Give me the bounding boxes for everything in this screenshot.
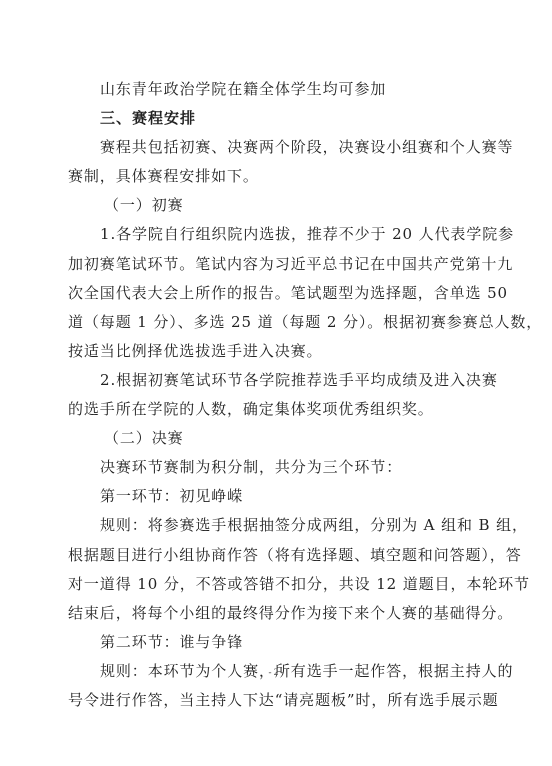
text-line: 的选手所在学院的人数，确定集体奖项优秀组织奖。	[68, 395, 486, 424]
page-number: - 2 -	[0, 667, 552, 677]
text-line: 山东青年政治学院在籍全体学生均可参加	[68, 75, 486, 104]
text-line: 根据题目进行小组协商作答（将有选择题、填空题和问答题），答	[68, 541, 486, 570]
text-line: 2.根据初赛笔试环节各学院推荐选手平均成绩及进入决赛	[68, 366, 486, 395]
text-line: （二）决赛	[68, 424, 486, 453]
text-line: 结束后，将每个小组的最终得分作为接下来个人赛的基础得分。	[68, 599, 486, 628]
document-body: 山东青年政治学院在籍全体学生均可参加三、赛程安排赛程共包括初赛、决赛两个阶段，决…	[68, 75, 486, 715]
text-line: 道（每题 1 分）、多选 25 道（每题 2 分）。根据初赛参赛总人数，	[68, 308, 486, 337]
text-line: 决赛环节赛制为积分制，共分为三个环节：	[68, 453, 486, 482]
text-line: 赛程共包括初赛、决赛两个阶段，决赛设小组赛和个人赛等	[68, 133, 486, 162]
text-line: 号令进行作答，当主持人下达“请亮题板”时，所有选手展示题	[68, 686, 486, 715]
document-page: 山东青年政治学院在籍全体学生均可参加三、赛程安排赛程共包括初赛、决赛两个阶段，决…	[0, 0, 552, 766]
text-line: 第一环节：初见峥嵘	[68, 482, 486, 511]
text-line: （一）初赛	[68, 191, 486, 220]
text-line: 第二环节：谁与争锋	[68, 628, 486, 657]
text-line: 赛制，具体赛程安排如下。	[68, 162, 486, 191]
text-line: 规则：将参赛选手根据抽签分成两组，分别为 A 组和 B 组，	[68, 511, 486, 540]
text-line: 对一道得 10 分，不答或答错不扣分，共设 12 道题目，本轮环节	[68, 570, 486, 599]
text-line: 按适当比例择优选拔选手进入决赛。	[68, 337, 486, 366]
text-line: 次全国代表大会上所作的报告。笔试题型为选择题，含单选 50	[68, 279, 486, 308]
text-line: 1.各学院自行组织院内选拔，推荐不少于 20 人代表学院参	[68, 220, 486, 249]
section-heading: 三、赛程安排	[68, 104, 486, 133]
text-line: 加初赛笔试环节。笔试内容为习近平总书记在中国共产党第十九	[68, 250, 486, 279]
